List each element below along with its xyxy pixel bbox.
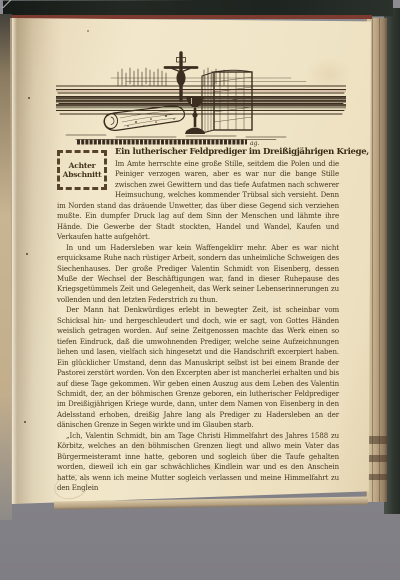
page-edge-line <box>372 18 373 502</box>
binding-band <box>367 455 387 462</box>
red-page-top-edge <box>12 15 372 19</box>
section-label-line1: Achter <box>69 161 96 170</box>
woodcut-illustration: ag. <box>56 42 346 150</box>
book-photo: ag. Achter Abschnitt Ein lutherischer Fe… <box>0 0 400 580</box>
body-paragraph: In und um Hadersleben war kein Waffengek… <box>57 243 339 306</box>
book-page: ag. Achter Abschnitt Ein lutherischer Fe… <box>10 17 371 504</box>
binding-band <box>367 474 387 480</box>
section-label-line2: Abschnitt <box>63 170 102 179</box>
wormhole-speck <box>26 253 28 255</box>
section-label-box: Achter Abschnitt <box>57 150 107 190</box>
corner-scratch <box>0 0 14 8</box>
wormhole-speck <box>24 421 26 423</box>
binding-band <box>367 436 387 444</box>
scroll-icon <box>104 106 184 130</box>
artist-signature: ag. <box>250 140 259 147</box>
page-edge-line <box>379 18 380 502</box>
ink-speck <box>87 30 89 32</box>
body-paragraph: Der Mann hat Denkwürdiges erlebt in bewe… <box>57 305 339 430</box>
wormhole-speck <box>28 97 30 99</box>
text-column: Achter Abschnitt Ein lutherischer Feldpr… <box>57 147 339 494</box>
body-paragraph: „Ich, Valentin Schmidt, bin am Tage Chri… <box>57 431 339 494</box>
book-binding-edge-left <box>0 14 12 520</box>
